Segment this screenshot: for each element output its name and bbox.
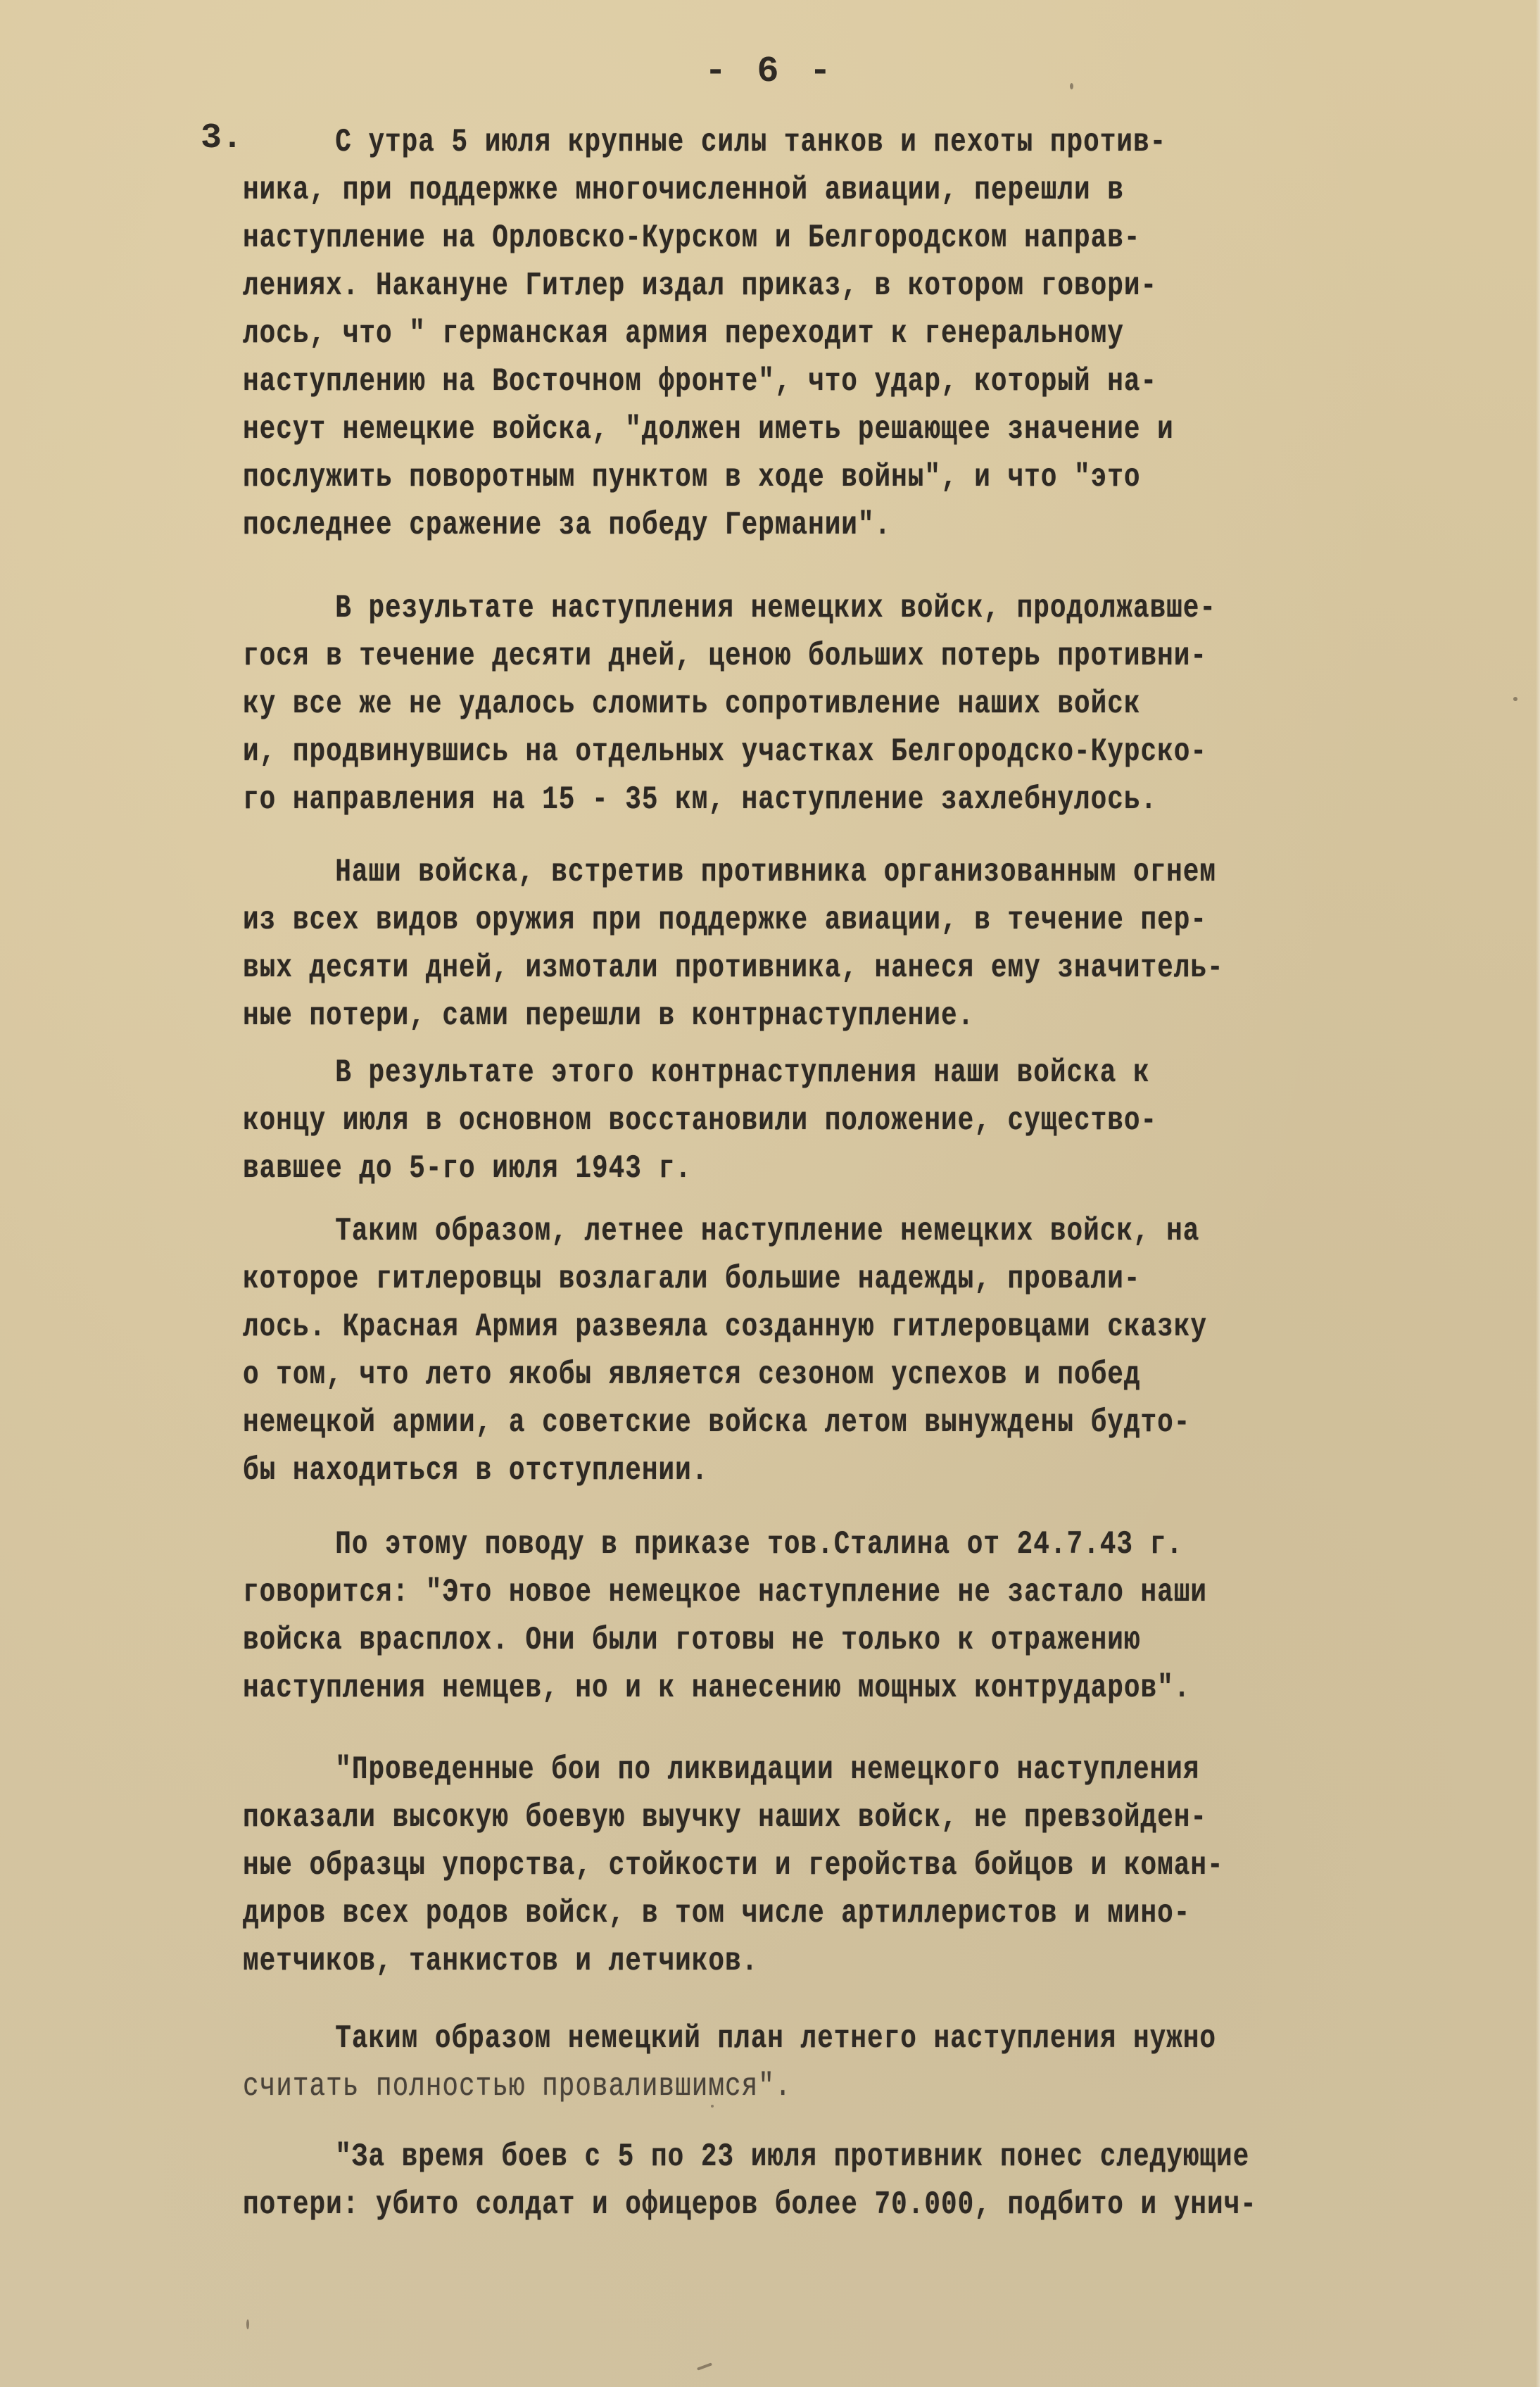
text-line: лось, что " германская армия переходит к… [243, 310, 1293, 358]
text-line: и, продвинувшись на отдельных участках Б… [243, 728, 1293, 776]
text-line: войска врасплох. Они были готовы не толь… [243, 1616, 1293, 1664]
text-line: лось. Красная Армия развеяла созданную г… [243, 1303, 1293, 1351]
text-line: По этому поводу в приказе тов.Сталина от… [243, 1520, 1293, 1568]
text-line: наступление на Орловско-Курском и Белгор… [243, 214, 1293, 262]
text-line: Таким образом немецкий план летнего наст… [243, 2015, 1293, 2062]
text-line: последнее сражение за победу Германии". [243, 501, 1293, 549]
text-line: В результате этого контрнаступления наши… [243, 1049, 1293, 1097]
text-line: наступления немцев, но и к нанесению мощ… [243, 1664, 1293, 1712]
text-line: ку все же не удалось сломить сопротивлен… [243, 680, 1293, 728]
text-line: наступлению на Восточном фронте", что уд… [243, 358, 1293, 405]
paragraph-9: "За время боев с 5 по 23 июля противник … [243, 2133, 1524, 2229]
text-line: о том, что лето якобы является сезоном у… [243, 1351, 1293, 1399]
text-line: диров всех родов войск, в том числе арти… [243, 1889, 1293, 1937]
text-line: вавшее до 5-го июля 1943 г. [243, 1145, 1293, 1192]
paragraph-8: Таким образом немецкий план летнего наст… [243, 2015, 1524, 2110]
text-line: которое гитлеровцы возлагали большие над… [243, 1255, 1293, 1303]
text-line: лениях. Накануне Гитлер издал приказ, в … [243, 262, 1293, 310]
text-line: В результате наступления немецких войск,… [243, 584, 1293, 632]
text-line: вых десяти дней, измотали противника, на… [243, 944, 1293, 992]
paragraph-4: В результате этого контрнаступления наши… [243, 1049, 1524, 1192]
paper-fiber [697, 2362, 712, 2370]
page-number: - 6 - [0, 51, 1540, 92]
text-line: ные образцы упорства, стойкости и геройс… [243, 1841, 1293, 1889]
text-line: концу июля в основном восстановили полож… [243, 1097, 1293, 1145]
paper-speck [1070, 83, 1073, 89]
text-line: метчиков, танкистов и летчиков. [243, 1937, 1293, 1985]
paragraph-1: С утра 5 июля крупные силы танков и пехо… [243, 118, 1524, 549]
paragraph-5: Таким образом, летнее наступление немецк… [243, 1207, 1524, 1494]
text-line: говорится: "Это новое немецкое наступлен… [243, 1568, 1293, 1616]
text-line: "За время боев с 5 по 23 июля противник … [243, 2133, 1293, 2181]
text-line: Наши войска, встретив противника организ… [243, 848, 1293, 896]
paper-speck [711, 2105, 714, 2108]
text-line: "Проведенные бои по ликвидации немецкого… [243, 1746, 1293, 1794]
paragraph-6: По этому поводу в приказе тов.Сталина от… [243, 1520, 1524, 1712]
text-line: потери: убито солдат и офицеров более 70… [243, 2181, 1293, 2229]
text-line: считать полностью провалившимся". [243, 2062, 1293, 2110]
text-line: Таким образом, летнее наступление немецк… [243, 1207, 1293, 1255]
paper-speck [246, 2319, 249, 2329]
text-line: послужить поворотным пунктом в ходе войн… [243, 453, 1293, 501]
text-line: несут немецкие войска, "должен иметь реш… [243, 405, 1293, 453]
text-line: го направления на 15 - 35 км, наступлени… [243, 776, 1293, 824]
text-line: немецкой армии, а советские войска летом… [243, 1399, 1293, 1447]
text-line: ные потери, сами перешли в контрнаступле… [243, 992, 1293, 1040]
text-line: С утра 5 июля крупные силы танков и пехо… [243, 118, 1293, 166]
page-edge [1536, 0, 1540, 2387]
text-line: показали высокую боевую выучку наших вой… [243, 1794, 1293, 1841]
section-number: 3. [201, 118, 243, 158]
paragraph-7: "Проведенные бои по ликвидации немецкого… [243, 1746, 1524, 1985]
document-page: - 6 - 3. С утра 5 июля крупные силы танк… [0, 0, 1540, 2387]
text-line: ника, при поддержке многочисленной авиац… [243, 166, 1293, 214]
paragraph-2: В результате наступления немецких войск,… [243, 584, 1524, 824]
text-line: гося в течение десяти дней, ценою больши… [243, 632, 1293, 680]
text-line: бы находиться в отступлении. [243, 1447, 1293, 1494]
text-line: из всех видов оружия при поддержке авиац… [243, 896, 1293, 944]
paper-speck [1513, 697, 1517, 701]
paragraph-3: Наши войска, встретив противника организ… [243, 848, 1524, 1040]
